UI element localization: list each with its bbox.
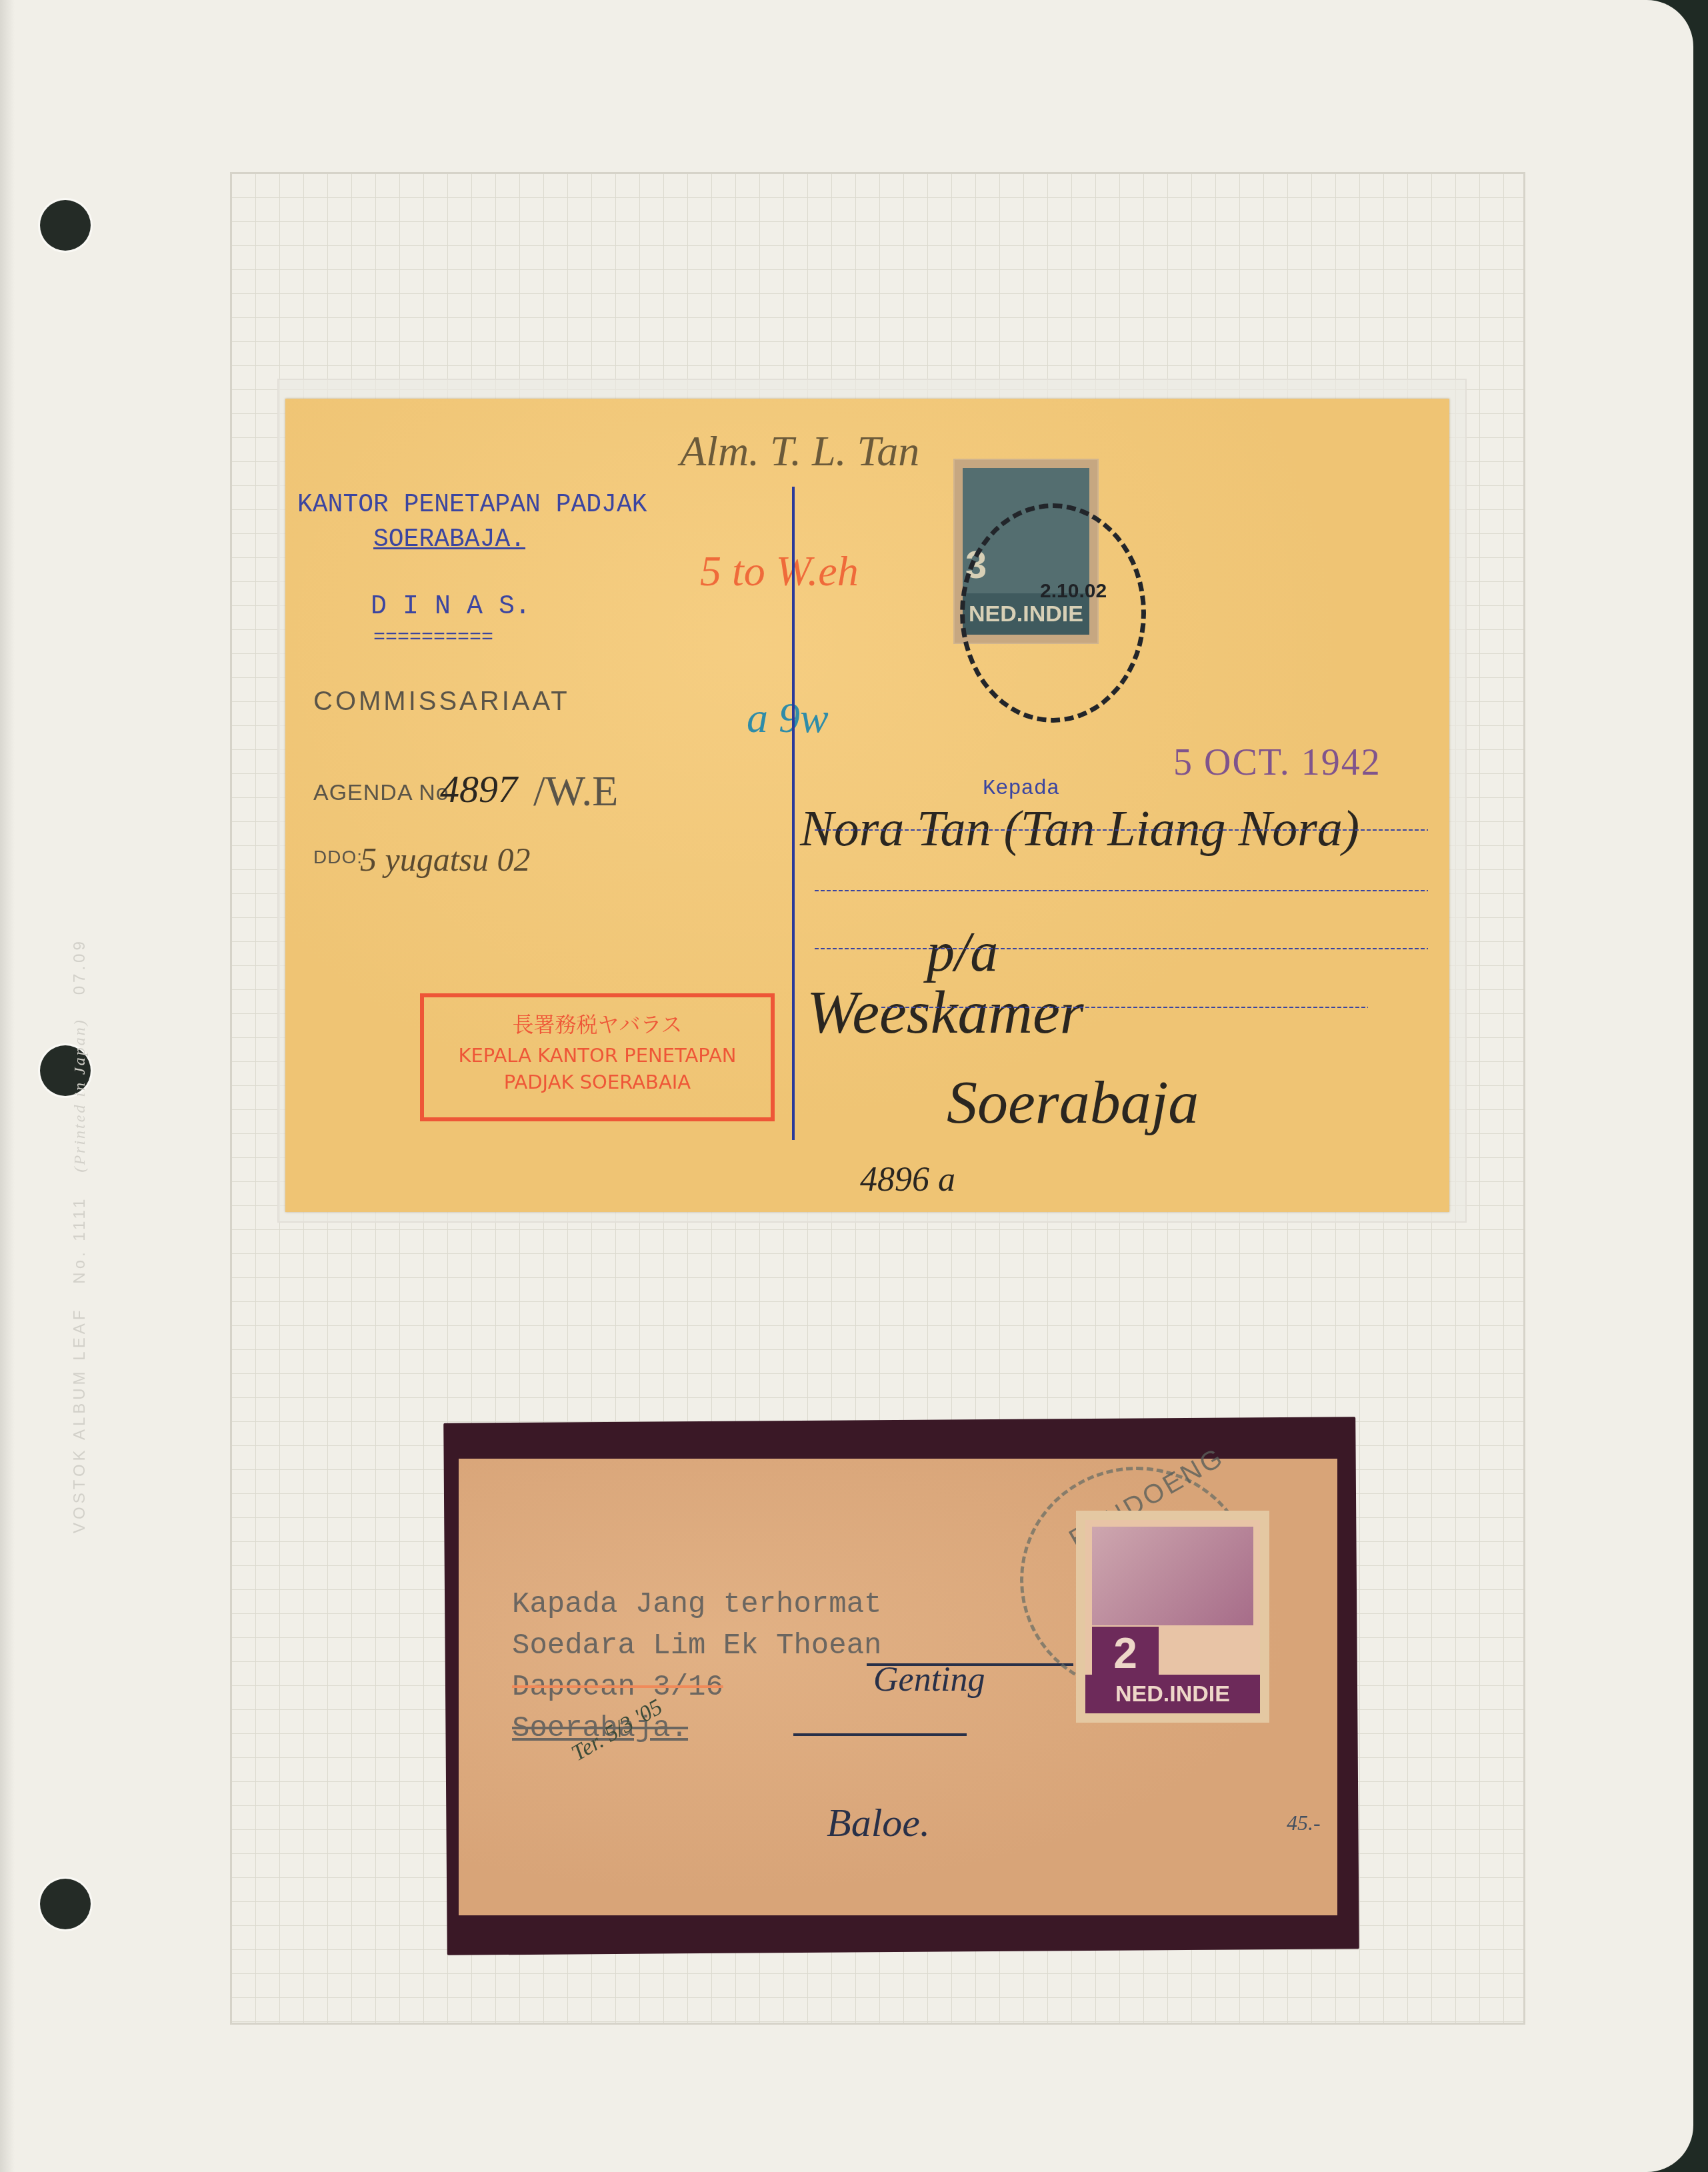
handwritten-name-top: Alm. T. L. Tan [680, 427, 919, 476]
stamp-vignette-plowing [1092, 1527, 1253, 1625]
address-line-2: p/a [927, 920, 998, 985]
redirect-strike [867, 1663, 1073, 1666]
agenda-value: 4897 [440, 767, 517, 811]
imprint-code: 07.09 [71, 938, 89, 995]
note-bottom: 4896 a [860, 1160, 955, 1199]
imprint-number: No. 1111 [71, 1196, 89, 1284]
address-rule-1 [815, 829, 1428, 831]
seal-line-2: PADJAK SOERABAIA [424, 1071, 771, 1093]
corner-note: 45.- [1287, 1811, 1321, 1835]
stamp-value: 2 [1092, 1627, 1159, 1680]
postage-stamp-bottom[interactable]: 2 NED.INDIE [1076, 1511, 1269, 1723]
address-rule-3 [815, 948, 1428, 949]
date-stamp: 5 OCT. 1942 [1173, 741, 1381, 784]
spine-imprint: VOSTOK ALBUM LEAF No. 1111 (Printed in J… [71, 938, 89, 1533]
commissariaat-stamp: COMMISSARIAAT [313, 687, 570, 717]
address-line-4: Soerabaja [947, 1067, 1199, 1137]
typed-address-1: Kapada Jang terhormat [512, 1584, 882, 1625]
binder-hole-bottom [40, 1879, 91, 1929]
red-seal-box: 長署務税ヤバラス KEPALA KANTOR PENETAPAN PADJAK … [420, 993, 775, 1121]
typed-address-3: Dapoean 3/16 [512, 1667, 723, 1708]
ddo-label: DDO: [313, 847, 363, 868]
agenda-suffix: /W.E [533, 767, 618, 816]
handwritten-destination: Baloe. [827, 1800, 930, 1846]
address-line-3: Weeskamer [807, 977, 1084, 1047]
red-pencil-note: 5 to W.eh [700, 547, 859, 596]
album-leaf: VOSTOK ALBUM LEAF No. 1111 (Printed in J… [0, 0, 1693, 2172]
postmark-soerabaja [960, 503, 1146, 723]
blue-pencil-note: a 9w [747, 693, 829, 743]
addressee-label: Kepada [983, 776, 1059, 801]
postmark-date: 2.10.02 [1040, 580, 1107, 603]
address-rule-2 [815, 890, 1428, 891]
ddo-value: 5 yugatsu 02 [360, 840, 531, 879]
binder-hole-top [40, 200, 91, 251]
typed-address-2: Soedara Lim Ek Thoean [512, 1625, 882, 1667]
vertical-divider [792, 487, 795, 1140]
seal-japanese: 長署務税ヤバラス [424, 1008, 771, 1039]
seal-line-1: KEPALA KANTOR PENETAPAN [424, 1044, 771, 1067]
sender-line-2: SOERABAJA. [373, 525, 525, 554]
imprint-printed: (Printed in Japan) [71, 1018, 89, 1172]
imprint-brand: VOSTOK ALBUM LEAF [71, 1307, 89, 1533]
sender-line-1: KANTOR PENETAPAN PADJAK [297, 491, 647, 519]
stamp-country: NED.INDIE [1085, 1675, 1260, 1713]
address-rule-4 [881, 1007, 1368, 1008]
sender-line-3: D I N A S. [371, 592, 531, 622]
strike-line-2 [793, 1733, 967, 1736]
agenda-label: AGENDA No. [313, 780, 456, 806]
sender-line-4: ========== [373, 627, 493, 649]
